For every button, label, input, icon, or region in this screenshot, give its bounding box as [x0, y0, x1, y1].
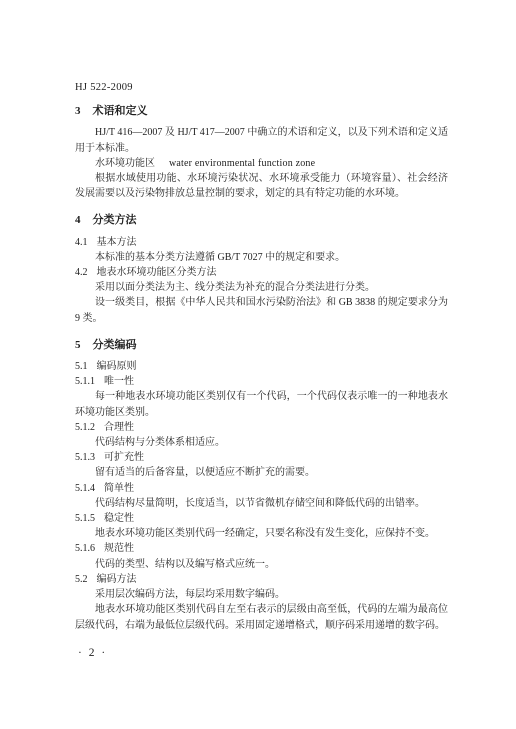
running-header: HJ 522-2009: [75, 80, 448, 95]
paragraph: 每一种地表水环境功能区类别仅有一个代码，一个代码仅表示唯一的一种地表水环境功能区…: [75, 389, 448, 419]
section-number: 5: [75, 339, 81, 351]
section-heading-5: 5分类编码: [75, 337, 448, 353]
paragraph: 采用层次编码方法，每层均采用数字编码。: [75, 587, 448, 602]
subsection-number: 5.1.1: [75, 376, 95, 387]
paragraph: HJ/T 416—2007 及 HJ/T 417—2007 中确立的术语和定义，…: [75, 125, 448, 155]
term-chinese: 水环境功能区: [95, 158, 155, 169]
subsection-heading-5-1-6: 5.1.6规范性: [75, 541, 448, 556]
subsection-title: 编码方法: [97, 574, 137, 585]
paragraph: 留有适当的后备容量，以便适应不断扩充的需要。: [75, 465, 448, 480]
subsection-heading-5-1-1: 5.1.1唯一性: [75, 374, 448, 389]
paragraph: 根据水域使用功能、水环境污染状况、水环境承受能力（环境容量）、社会经济发展需要以…: [75, 171, 448, 201]
section-title: 分类方法: [93, 213, 137, 226]
subsection-number: 4.1: [75, 237, 88, 248]
subsection-number: 5.1.4: [75, 483, 95, 494]
subsection-number: 5.1.5: [75, 513, 95, 524]
section-heading-3: 3术语和定义: [75, 103, 448, 119]
term-english: water environmental function zone: [169, 158, 315, 169]
term-definition: 水环境功能区water environmental function zone: [75, 156, 448, 171]
section-number: 4: [75, 214, 81, 226]
subsection-title: 地表水环境功能区分类方法: [97, 267, 217, 278]
paragraph: 代码结构尽量简明，长度适当，以节省微机存储空间和降低代码的出错率。: [75, 496, 448, 511]
subsection-heading-4-1: 4.1基本方法: [75, 235, 448, 250]
paragraph: 设一级类目，根据《中华人民共和国水污染防治法》和 GB 3838 的规定要求分为…: [75, 295, 448, 325]
document-page: HJ 522-2009 3术语和定义 HJ/T 416—2007 及 HJ/T …: [0, 0, 516, 729]
subsection-title: 唯一性: [104, 376, 134, 387]
subsection-title: 可扩充性: [104, 452, 144, 463]
page-number: · 2 ·: [78, 646, 107, 661]
subsection-heading-5-1-2: 5.1.2合理性: [75, 420, 448, 435]
subsection-title: 简单性: [104, 483, 134, 494]
subsection-title: 规范性: [104, 543, 134, 554]
paragraph: 地表水环境功能区类别代码自左至右表示的层级由高至低，代码的左端为最高位层级代码，…: [75, 602, 448, 632]
subsection-number: 5.2: [75, 574, 88, 585]
subsection-heading-5-1-5: 5.1.5稳定性: [75, 511, 448, 526]
paragraph: 代码的类型、结构以及编写格式应统一。: [75, 557, 448, 572]
paragraph: 代码结构与分类体系相适应。: [75, 435, 448, 450]
paragraph: 地表水环境功能区类别代码一经确定，只要名称没有发生变化，应保持不变。: [75, 526, 448, 541]
subsection-number: 5.1: [75, 361, 88, 372]
subsection-number: 5.1.2: [75, 422, 95, 433]
section-title: 术语和定义: [93, 104, 148, 117]
subsection-number: 5.1.3: [75, 452, 95, 463]
subsection-title: 合理性: [104, 422, 134, 433]
section-number: 3: [75, 105, 81, 117]
subsection-title: 编码原则: [97, 361, 137, 372]
subsection-title: 稳定性: [104, 513, 134, 524]
paragraph: 采用以面分类法为主、线分类法为补充的混合分类法进行分类。: [75, 280, 448, 295]
subsection-title: 基本方法: [97, 237, 137, 248]
subsection-heading-5-1-3: 5.1.3可扩充性: [75, 450, 448, 465]
paragraph: 本标准的基本分类方法遵循 GB/T 7027 中的规定和要求。: [75, 250, 448, 265]
subsection-heading-5-1: 5.1编码原则: [75, 359, 448, 374]
subsection-number: 4.2: [75, 267, 88, 278]
subsection-heading-5-1-4: 5.1.4简单性: [75, 481, 448, 496]
subsection-heading-5-2: 5.2编码方法: [75, 572, 448, 587]
section-heading-4: 4分类方法: [75, 212, 448, 228]
subsection-number: 5.1.6: [75, 543, 95, 554]
section-title: 分类编码: [93, 338, 137, 351]
subsection-heading-4-2: 4.2地表水环境功能区分类方法: [75, 265, 448, 280]
